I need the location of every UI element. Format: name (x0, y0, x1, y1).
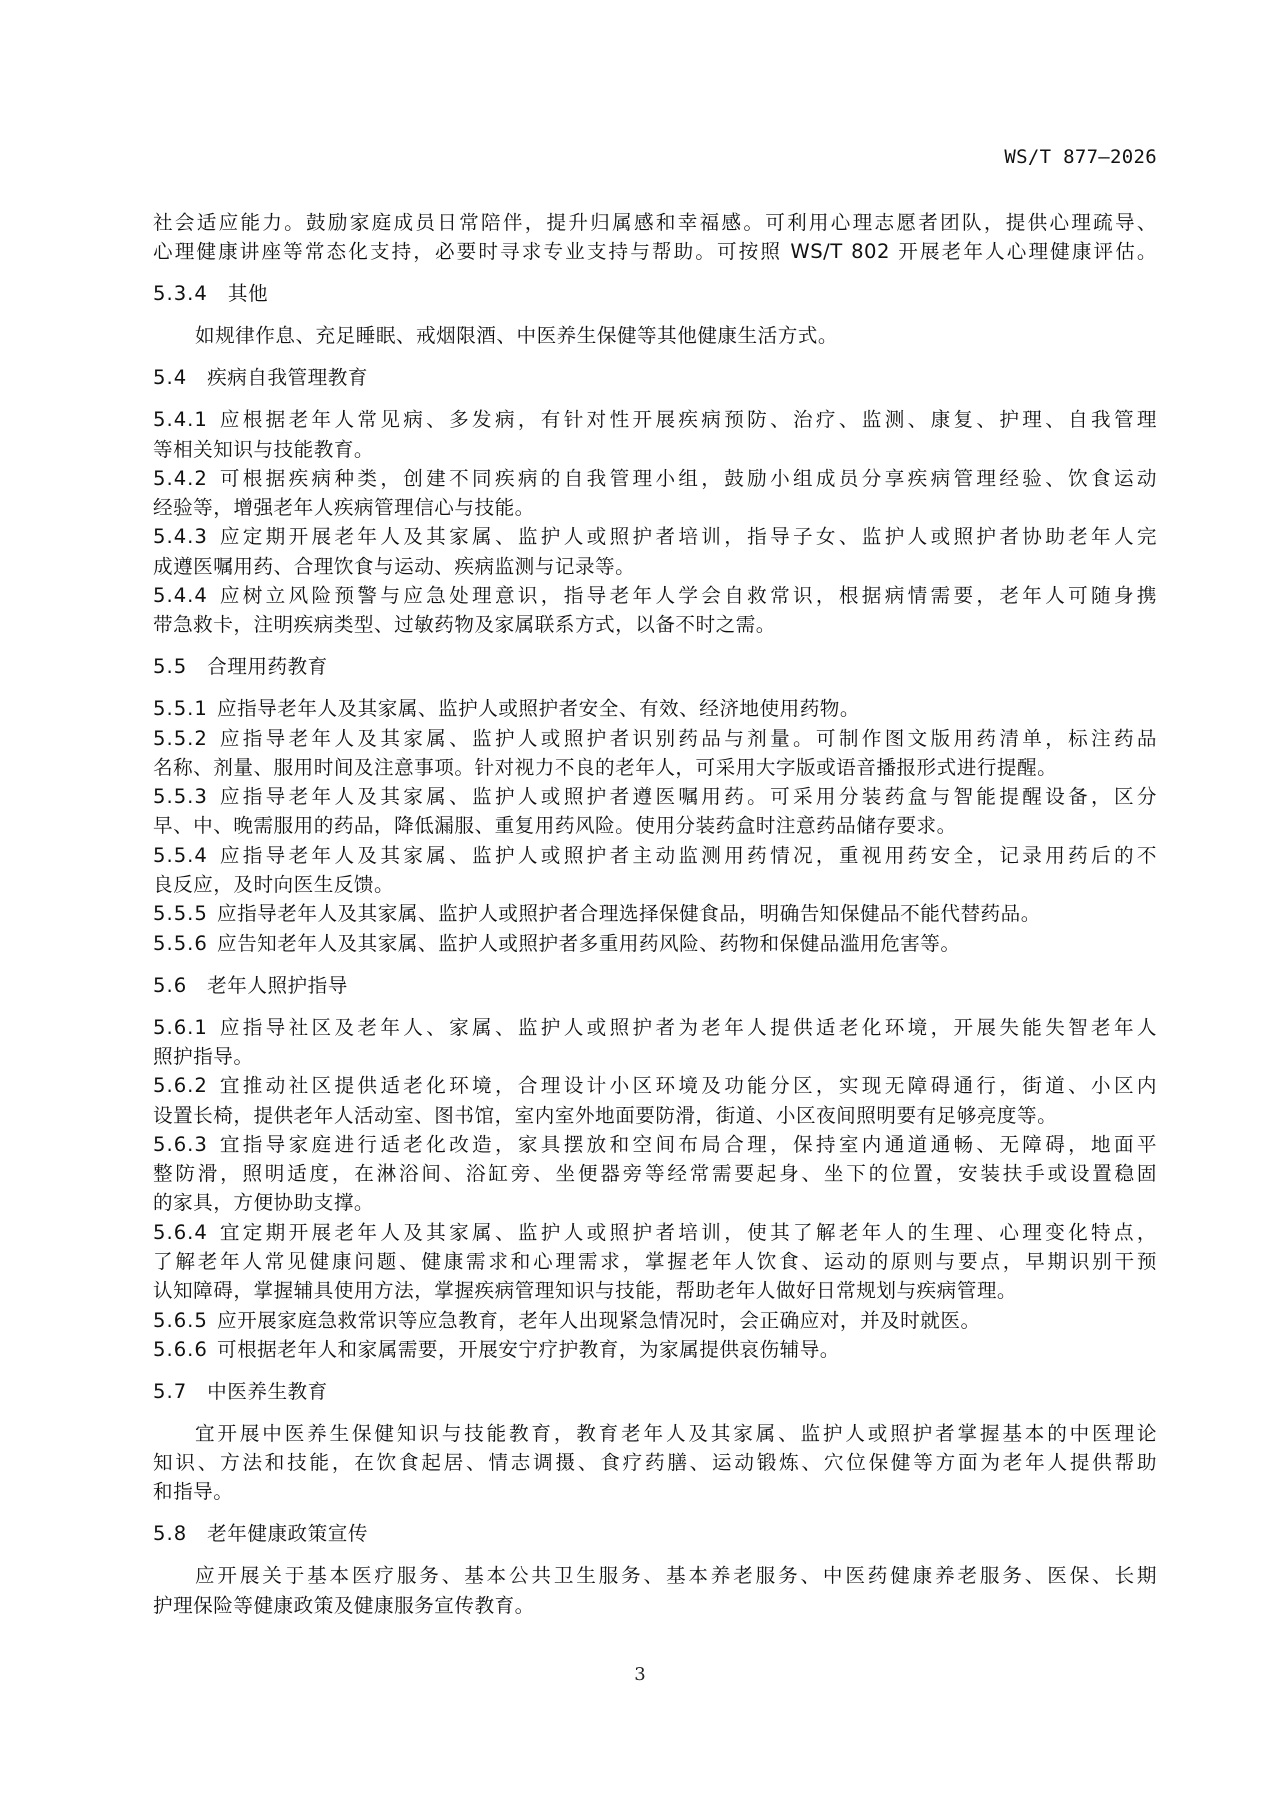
clause-number: 5.4.2 (153, 464, 217, 493)
clause-line: 名称、剂量、服用时间及注意事项。针对视力不良的老年人，可采用大字版或语音播报形式… (153, 753, 1157, 782)
clause-text: 应根据老年人常见病、多发病，有针对性开展疾病预防、治疗、监测、康复、护理、自我管… (217, 408, 1157, 431)
paragraph-line: 心理健康讲座等常态化支持，必要时寻求专业支持与帮助。可按照 WS/T 802 开… (153, 237, 1157, 266)
paragraph-line: 社会适应能力。鼓励家庭成员日常陪伴，提升归属感和幸福感。可利用心理志愿者团队，提… (153, 208, 1157, 237)
clause-number: 5.5.2 (153, 724, 217, 753)
clause-number: 5.6.3 (153, 1130, 217, 1159)
section-number: 5.7 (153, 1377, 187, 1406)
paragraph-line: 知识、方法和技能，在饮食起居、情志调摄、食疗药膳、运动锻炼、穴位保健等方面为老年… (153, 1448, 1157, 1477)
section-heading-5-3-4: 5.3.4其他 (153, 279, 1157, 308)
clause-line: 成遵医嘱用药、合理饮食与运动、疾病监测与记录等。 (153, 552, 1157, 581)
clause-text: 宜定期开展老年人及其家属、监护人或照护者培训，使其了解老年人的生理、心理变化特点… (217, 1221, 1157, 1244)
clause-text: 可根据疾病种类，创建不同疾病的自我管理小组，鼓励小组成员分享疾病管理经验、饮食运… (217, 467, 1157, 490)
clause-line: 照护指导。 (153, 1042, 1157, 1071)
clause-5-5-3: 5.5.3应指导老年人及其家属、监护人或照护者遵医嘱用药。可采用分装药盒与智能提… (153, 782, 1157, 811)
section-number: 5.6 (153, 971, 187, 1000)
clause-number: 5.4.4 (153, 581, 217, 610)
clause-5-6-4: 5.6.4宜定期开展老年人及其家属、监护人或照护者培训，使其了解老年人的生理、心… (153, 1218, 1157, 1247)
clause-line: 设置长椅，提供老年人活动室、图书馆，室内室外地面要防滑，街道、小区夜间照明要有足… (153, 1101, 1157, 1130)
page-number: 3 (0, 1664, 1280, 1685)
clause-line: 整防滑，照明适度，在淋浴间、浴缸旁、坐便器旁等经常需要起身、坐下的位置，安装扶手… (153, 1159, 1157, 1188)
clause-5-6-6: 5.6.6可根据老年人和家属需要，开展安宁疗护教育，为家属提供哀伤辅导。 (153, 1335, 1157, 1364)
section-title: 老年健康政策宣传 (207, 1522, 368, 1545)
section-title: 老年人照护指导 (207, 974, 348, 997)
section-title: 合理用药教育 (207, 655, 328, 678)
section-heading-5-7: 5.7中医养生教育 (153, 1377, 1157, 1406)
paragraph-line: 如规律作息、充足睡眠、戒烟限酒、中医养生保健等其他健康生活方式。 (153, 321, 1157, 350)
clause-number: 5.6.1 (153, 1013, 217, 1042)
clause-5-6-3: 5.6.3宜指导家庭进行适老化改造，家具摆放和空间布局合理，保持室内通道通畅、无… (153, 1130, 1157, 1159)
clause-text: 应指导老年人及其家属、监护人或照护者主动监测用药情况，重视用药安全，记录用药后的… (217, 844, 1157, 867)
clause-number: 5.5.3 (153, 782, 217, 811)
clause-text: 应指导老年人及其家属、监护人或照护者合理选择保健食品，明确告知保健品不能代替药品… (217, 902, 1041, 925)
section-heading-5-6: 5.6老年人照护指导 (153, 971, 1157, 1000)
clause-5-5-6: 5.5.6应告知老年人及其家属、监护人或照护者多重用药风险、药物和保健品滥用危害… (153, 929, 1157, 958)
clause-number: 5.6.4 (153, 1218, 217, 1247)
section-number: 5.4 (153, 363, 187, 392)
paragraph-line: 应开展关于基本医疗服务、基本公共卫生服务、基本养老服务、中医药健康养老服务、医保… (153, 1561, 1157, 1590)
clause-line: 经验等，增强老年人疾病管理信心与技能。 (153, 493, 1157, 522)
clause-5-5-1: 5.5.1应指导老年人及其家属、监护人或照护者安全、有效、经济地使用药物。 (153, 694, 1157, 723)
section-title: 其他 (228, 282, 268, 305)
section-title: 疾病自我管理教育 (207, 366, 368, 389)
clause-line: 等相关知识与技能教育。 (153, 435, 1157, 464)
clause-5-6-1: 5.6.1应指导社区及老年人、家属、监护人或照护者为老年人提供适老化环境，开展失… (153, 1013, 1157, 1042)
clause-line: 带急救卡，注明疾病类型、过敏药物及家属联系方式，以备不时之需。 (153, 610, 1157, 639)
paragraph-line: 宜开展中医养生保健知识与技能教育，教育老年人及其家属、监护人或照护者掌握基本的中… (153, 1419, 1157, 1448)
paragraph-line: 和指导。 (153, 1477, 1157, 1506)
clause-number: 5.4.3 (153, 522, 217, 551)
clause-text: 应指导老年人及其家属、监护人或照护者识别药品与剂量。可制作图文版用药清单，标注药… (217, 727, 1157, 750)
paragraph-line: 护理保险等健康政策及健康服务宣传教育。 (153, 1591, 1157, 1620)
clause-text: 可根据老年人和家属需要，开展安宁疗护教育，为家属提供哀伤辅导。 (217, 1338, 840, 1361)
clause-5-4-1: 5.4.1应根据老年人常见病、多发病，有针对性开展疾病预防、治疗、监测、康复、护… (153, 405, 1157, 434)
clause-number: 5.6.2 (153, 1071, 217, 1100)
standard-code-header: WS/T 877—2026 (1004, 146, 1157, 168)
section-number: 5.8 (153, 1519, 187, 1548)
clause-number: 5.5.6 (153, 929, 217, 958)
clause-line: 良反应，及时向医生反馈。 (153, 870, 1157, 899)
clause-text: 应指导社区及老年人、家属、监护人或照护者为老年人提供适老化环境，开展失能失智老年… (217, 1016, 1157, 1039)
clause-number: 5.4.1 (153, 405, 217, 434)
clause-text: 应指导老年人及其家属、监护人或照护者安全、有效、经济地使用药物。 (217, 697, 860, 720)
section-heading-5-8: 5.8老年健康政策宣传 (153, 1519, 1157, 1548)
clause-number: 5.5.4 (153, 841, 217, 870)
clause-5-5-2: 5.5.2应指导老年人及其家属、监护人或照护者识别药品与剂量。可制作图文版用药清… (153, 724, 1157, 753)
section-number: 5.5 (153, 652, 187, 681)
clause-line: 早、中、晚需服用的药品，降低漏服、重复用药风险。使用分装药盒时注意药品储存要求。 (153, 811, 1157, 840)
clause-line: 认知障碍，掌握辅具使用方法，掌握疾病管理知识与技能，帮助老年人做好日常规划与疾病… (153, 1276, 1157, 1305)
section-heading-5-4: 5.4疾病自我管理教育 (153, 363, 1157, 392)
document-page: WS/T 877—2026 社会适应能力。鼓励家庭成员日常陪伴，提升归属感和幸福… (0, 0, 1280, 1810)
clause-line: 的家具，方便协助支撑。 (153, 1188, 1157, 1217)
clause-5-4-3: 5.4.3应定期开展老年人及其家属、监护人或照护者培训，指导子女、监护人或照护者… (153, 522, 1157, 551)
clause-number: 5.5.1 (153, 694, 217, 723)
clause-text: 宜指导家庭进行适老化改造，家具摆放和空间布局合理，保持室内通道通畅、无障碍，地面… (217, 1133, 1157, 1156)
clause-5-6-5: 5.6.5应开展家庭急救常识等应急教育，老年人出现紧急情况时，会正确应对，并及时… (153, 1306, 1157, 1335)
clause-number: 5.5.5 (153, 899, 217, 928)
clause-number: 5.6.6 (153, 1335, 217, 1364)
clause-text: 应指导老年人及其家属、监护人或照护者遵医嘱用药。可采用分装药盒与智能提醒设备，区… (217, 785, 1157, 808)
clause-text: 应告知老年人及其家属、监护人或照护者多重用药风险、药物和保健品滥用危害等。 (217, 932, 960, 955)
clause-5-5-4: 5.5.4应指导老年人及其家属、监护人或照护者主动监测用药情况，重视用药安全，记… (153, 841, 1157, 870)
clause-5-5-5: 5.5.5应指导老年人及其家属、监护人或照护者合理选择保健食品，明确告知保健品不… (153, 899, 1157, 928)
clause-number: 5.6.5 (153, 1306, 217, 1335)
clause-5-4-2: 5.4.2可根据疾病种类，创建不同疾病的自我管理小组，鼓励小组成员分享疾病管理经… (153, 464, 1157, 493)
clause-5-6-2: 5.6.2宜推动社区提供适老化环境，合理设计小区环境及功能分区，实现无障碍通行，… (153, 1071, 1157, 1100)
clause-line: 了解老年人常见健康问题、健康需求和心理需求，掌握老年人饮食、运动的原则与要点，早… (153, 1247, 1157, 1276)
section-number: 5.3.4 (153, 279, 208, 308)
document-content: 社会适应能力。鼓励家庭成员日常陪伴，提升归属感和幸福感。可利用心理志愿者团队，提… (153, 208, 1157, 1620)
clause-text: 应定期开展老年人及其家属、监护人或照护者培训，指导子女、监护人或照护者协助老年人… (217, 525, 1157, 548)
clause-text: 应树立风险预警与应急处理意识，指导老年人学会自救常识，根据病情需要，老年人可随身… (217, 584, 1157, 607)
clause-text: 应开展家庭急救常识等应急教育，老年人出现紧急情况时，会正确应对，并及时就医。 (217, 1309, 981, 1332)
clause-5-4-4: 5.4.4应树立风险预警与应急处理意识，指导老年人学会自救常识，根据病情需要，老… (153, 581, 1157, 610)
clause-text: 宜推动社区提供适老化环境，合理设计小区环境及功能分区，实现无障碍通行，街道、小区… (217, 1074, 1157, 1097)
section-heading-5-5: 5.5合理用药教育 (153, 652, 1157, 681)
section-title: 中医养生教育 (207, 1380, 328, 1403)
